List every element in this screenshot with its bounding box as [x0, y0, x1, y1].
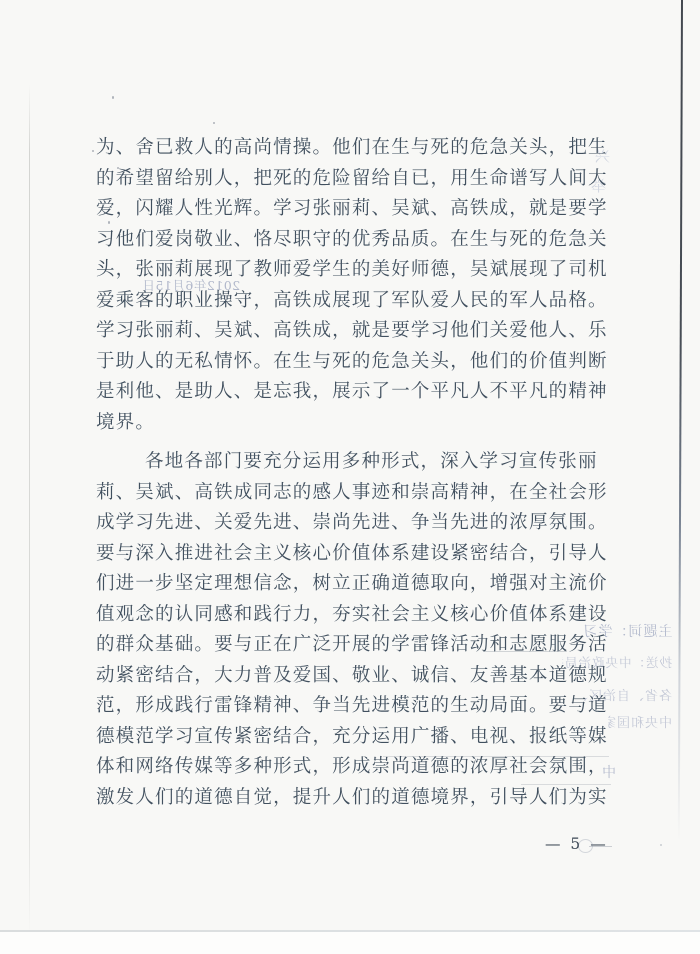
text-line: 成学习先进、关爱先进、崇尚先进、争当先进的浓厚氛围。 [96, 508, 612, 539]
text-line: 德模范学习宣传紧密结合，充分运用广播、电视、报纸等媒 [96, 722, 612, 753]
text-line: 要与深入推进社会主义核心价值体系建设紧密结合，引导人 [96, 539, 612, 570]
paper-speck [213, 122, 215, 124]
text-line: 莉、吴斌、高铁成同志的感人事迹和崇高精神，在全社会形 [96, 478, 612, 509]
text-line: 动紧密结合，大力普及爱国、敬业、诚信、友善基本道德规 [96, 661, 612, 692]
text-line: 们进一步坚定理想信念，树立正确道德取向，增强对主流价 [96, 569, 612, 600]
text-line: 激发人们的道德自觉，提升人们的道德境界，引导人们为实 [96, 783, 612, 814]
bleed-through-margin-line: 中央和国家机关各部委 [608, 712, 672, 732]
text-line: 的群众基础。要与正在广泛开展的学雷锋活动和志愿服务活 [96, 630, 612, 661]
page-edge-right [678, 0, 683, 842]
text-line: 范，形成践行雷锋精神、争当先进模范的生动局面。要与道 [96, 691, 612, 722]
text-line: 为、舍已救人的高尚情操。他们在生与死的危急关头，把生 [96, 133, 612, 164]
paragraph: 为、舍已救人的高尚情操。他们在生与死的危急关头，把生的希望留给别人，把死的危险留… [96, 133, 612, 438]
text-line: 爱乘客的职业操守，高铁成展现了军队爱人民的军人品格。 [96, 286, 612, 317]
paragraph: 各地各部门要充分运用多种形式，深入学习宣传张丽莉、吴斌、高铁成同志的感人事迹和崇… [96, 447, 612, 813]
paper-speck [112, 96, 114, 99]
page-number: — 5 — [545, 835, 608, 853]
scanner-background-band [0, 932, 700, 954]
text-line: 于助人的无私情怀。在生与死的危急关头，他们的价值判断 [96, 347, 612, 378]
text-line: 爱，闪耀人性光辉。学习张丽莉、吴斌、高铁成，就是要学 [96, 194, 612, 225]
scanned-document-page: 2012年6月15日 兴 举 主题词：学习活动 通知 抄送：中央政治局委员，中央… [0, 0, 700, 954]
paper-speck [660, 844, 662, 846]
paper-speck [92, 150, 94, 152]
text-line: 习他们爱岗敬业、恪尽职守的优秀品质。在生与死的危急关 [96, 225, 612, 256]
text-line: 值观念的认同感和践行力，夯实社会主义核心价值体系建设 [96, 600, 612, 631]
scan-artifact-line [589, 846, 612, 847]
text-line: 境界。 [96, 408, 612, 439]
text-line: 头，张丽莉展现了教师爱学生的美好师德，吴斌展现了司机 [96, 255, 612, 286]
text-line: 的希望留给别人，把死的危险留给自已，用生命谱写人间大 [96, 164, 612, 195]
text-line: 各地各部门要充分运用多种形式，深入学习宣传张丽 [96, 447, 612, 478]
text-line: 体和网络传媒等多种形式，形成崇尚道德的浓厚社会氛围， [96, 752, 612, 783]
text-line: 学习张丽莉、吴斌、高铁成，就是要学习他们关爱他人、乐 [96, 316, 612, 347]
text-line: 是利他、是助人、是忘我，展示了一个平凡人不平凡的精神 [96, 377, 612, 408]
page-edge-left [29, 84, 30, 936]
